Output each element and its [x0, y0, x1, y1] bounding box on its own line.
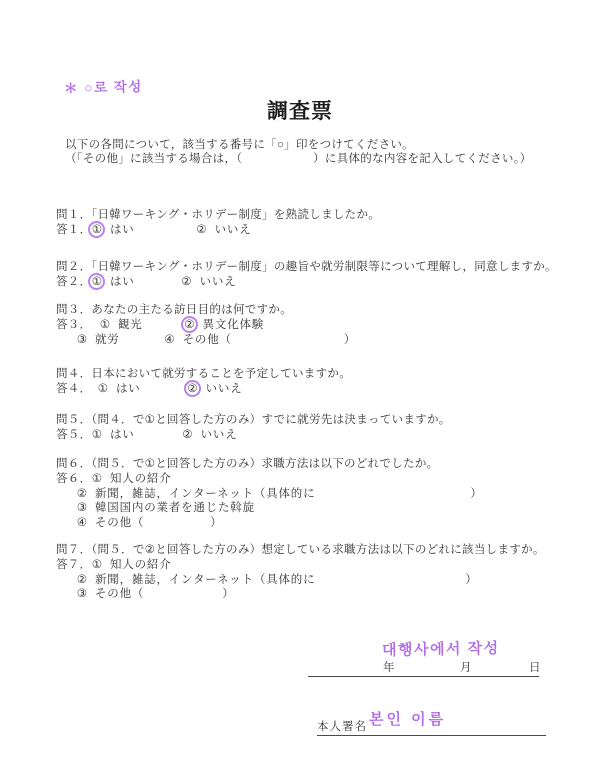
answer-row: 答７．①知人の紹介: [56, 558, 545, 573]
circled-choice-number: ②: [183, 318, 197, 333]
answer-prefix: 答１．: [56, 223, 90, 238]
question-text: 問６．（問５．で①と回答した方のみ）求職方法は以下のどれでしたか。: [56, 457, 483, 472]
option-label: いいえ: [206, 382, 243, 397]
choice-number: ②: [180, 275, 194, 290]
answer-option[interactable]: ④その他（）: [163, 333, 357, 348]
answer-option[interactable]: ③韓国国内の業者を通じた斡旋: [75, 501, 255, 516]
choice-number: ④: [163, 333, 177, 348]
answer-prefix: 答７．: [56, 558, 90, 573]
choice-number: ②: [181, 428, 195, 443]
choice-number: ②: [195, 223, 209, 238]
handwritten-name-note: 본인 이름: [369, 708, 446, 729]
circled-choice-number: ①: [90, 275, 104, 290]
month-label: 月: [460, 659, 472, 675]
answer-option[interactable]: ①はい: [90, 428, 135, 443]
answer-option[interactable]: ③就労: [75, 333, 120, 348]
page-title: 調査票: [0, 95, 600, 125]
handwritten-note-agency: 대행사에서 작성: [382, 637, 500, 660]
option-close-paren: ）: [344, 333, 356, 348]
instruction-line-2: （「その他」に該当する場合は，（ ）に具体的な内容を記入してください。）: [65, 153, 532, 167]
option-close-paren: ）: [210, 516, 222, 531]
answer-prefix: 答６．: [56, 472, 90, 487]
answer-option[interactable]: ②いいえ: [195, 223, 252, 238]
choice-number: ①: [96, 382, 110, 397]
answer-option[interactable]: ②いいえ: [181, 428, 238, 443]
answer-row: 答２．①はい②いいえ: [56, 275, 557, 290]
choice-number: ③: [75, 333, 89, 348]
question-block: 問４．日本において就労することを予定していますか。答４．①はい②いいえ: [56, 367, 351, 397]
option-label: はい: [116, 382, 141, 397]
circled-choice-number: ①: [90, 223, 104, 238]
answer-option[interactable]: ①知人の紹介: [90, 472, 172, 487]
handwritten-note-top: ＊ ○로 작성: [64, 75, 143, 97]
question-block: 問１．「日韓ワーキング・ホリデー制度」を熟読しましたか。答１．①はい②いいえ: [56, 208, 380, 238]
choice-number: ②: [75, 487, 89, 502]
answer-row: ②新聞，雑誌，インターネット（具体的に）: [56, 573, 545, 588]
option-label: はい: [110, 275, 135, 290]
option-label: はい: [110, 223, 135, 238]
option-label: その他（: [95, 587, 144, 602]
answer-option[interactable]: ②新聞，雑誌，インターネット（具体的に）: [75, 487, 483, 502]
question-text: 問７．（問５．で②と回答した方のみ）想定している求職方法は以下のどれに該当します…: [56, 543, 545, 558]
option-label: 新聞，雑誌，インターネット（具体的に: [95, 573, 315, 588]
answer-prefix: 答４．: [56, 382, 90, 397]
option-label: いいえ: [200, 275, 237, 290]
option-label: いいえ: [201, 428, 238, 443]
circled-choice-number: ②: [186, 382, 200, 397]
answer-option[interactable]: ①観光: [98, 318, 143, 333]
option-label: 新聞，雑誌，インターネット（具体的に: [95, 487, 315, 502]
signature-line[interactable]: 本人署名 본인 이름: [317, 719, 546, 736]
fill-in-blank[interactable]: [144, 590, 222, 600]
option-close-paren: ）: [470, 487, 482, 502]
question-block: 問２．「日韓ワーキング・ホリデー制度」の趣旨や就労制限等について理解し，同意しま…: [56, 260, 557, 290]
answer-row: 答５．①はい②いいえ: [56, 428, 451, 443]
answer-option[interactable]: ②異文化体験: [183, 318, 265, 333]
year-label: 年: [383, 659, 395, 675]
instructions: 以下の各問について，該当する番号に「○」印をつけてください。 （「その他」に該当…: [65, 139, 532, 166]
answer-prefix: 答５．: [56, 428, 90, 443]
choice-number: ①: [90, 558, 104, 573]
option-label: その他（: [183, 333, 232, 348]
answer-row: ④その他（）: [56, 516, 483, 531]
option-close-paren: ）: [222, 587, 234, 602]
answer-prefix: 答３．: [56, 318, 90, 333]
choice-number: ①: [90, 428, 104, 443]
answer-option[interactable]: ①はい: [96, 382, 141, 397]
choice-number: ①: [98, 318, 112, 333]
answer-option[interactable]: ①はい: [90, 275, 135, 290]
fill-in-blank[interactable]: [144, 518, 210, 528]
option-label: はい: [110, 428, 135, 443]
fill-in-blank[interactable]: [232, 335, 344, 345]
answer-row: ③その他（）: [56, 587, 545, 602]
option-label: 韓国国内の業者を通じた斡旋: [95, 501, 255, 516]
date-line[interactable]: 年 月 日: [308, 659, 539, 677]
question-block: 問７．（問５．で②と回答した方のみ）想定している求職方法は以下のどれに該当します…: [56, 543, 545, 602]
answer-option[interactable]: ②いいえ: [186, 382, 243, 397]
fill-in-blank[interactable]: [315, 489, 470, 499]
question-block: 問５．（問４．で①と回答した方のみ）すでに就労先は決まっていますか。答５．①はい…: [56, 413, 451, 443]
option-label: いいえ: [215, 223, 252, 238]
answer-option[interactable]: ①知人の紹介: [90, 558, 172, 573]
question-text: 問１．「日韓ワーキング・ホリデー制度」を熟読しましたか。: [56, 208, 380, 223]
choice-number: ④: [75, 516, 89, 531]
survey-form-page: ＊ ○로 작성 調査票 以下の各問について，該当する番号に「○」印をつけてくださ…: [0, 0, 600, 766]
answer-option[interactable]: ①はい: [90, 223, 135, 238]
answer-option[interactable]: ②新聞，雑誌，インターネット（具体的に）: [75, 573, 478, 588]
choice-number: ③: [75, 587, 89, 602]
question-text: 問３．あなたの主たる訪日目的は何ですか。: [56, 303, 356, 318]
choice-number: ②: [75, 573, 89, 588]
answer-option[interactable]: ④その他（）: [75, 516, 223, 531]
answer-row: 答６．①知人の紹介: [56, 472, 483, 487]
answer-option[interactable]: ②いいえ: [180, 275, 237, 290]
option-label: その他（: [95, 516, 144, 531]
choice-number: ①: [90, 472, 104, 487]
answer-row: ③就労④その他（）: [56, 333, 356, 348]
signature-label: 本人署名: [317, 718, 367, 734]
question-block: 問６．（問５．で①と回答した方のみ）求職方法は以下のどれでしたか。答６．①知人の…: [56, 457, 483, 531]
answer-row: ③韓国国内の業者を通じた斡旋: [56, 501, 483, 516]
answer-row: 答１．①はい②いいえ: [56, 223, 380, 238]
question-text: 問２．「日韓ワーキング・ホリデー制度」の趣旨や就労制限等について理解し，同意しま…: [56, 260, 557, 275]
option-label: 観光: [118, 318, 143, 333]
day-label: 日: [529, 659, 541, 675]
question-text: 問５．（問４．で①と回答した方のみ）すでに就労先は決まっていますか。: [56, 413, 451, 428]
answer-row: ②新聞，雑誌，インターネット（具体的に）: [56, 487, 483, 502]
option-label: 知人の紹介: [110, 472, 172, 487]
instruction-line-1: 以下の各問について，該当する番号に「○」印をつけてください。: [65, 139, 532, 153]
option-label: 知人の紹介: [110, 558, 172, 573]
choice-number: ③: [75, 501, 89, 516]
fill-in-blank[interactable]: [315, 575, 465, 585]
answer-row: 答４．①はい②いいえ: [56, 382, 351, 397]
option-label: 就労: [95, 333, 120, 348]
answer-row: 答３．①観光②異文化体験: [56, 318, 356, 333]
option-label: 異文化体験: [203, 318, 265, 333]
option-close-paren: ）: [465, 573, 477, 588]
answer-option[interactable]: ③その他（）: [75, 587, 235, 602]
answer-prefix: 答２．: [56, 275, 90, 290]
question-text: 問４．日本において就労することを予定していますか。: [56, 367, 351, 382]
question-block: 問３．あなたの主たる訪日目的は何ですか。答３．①観光②異文化体験③就労④その他（…: [56, 303, 356, 347]
